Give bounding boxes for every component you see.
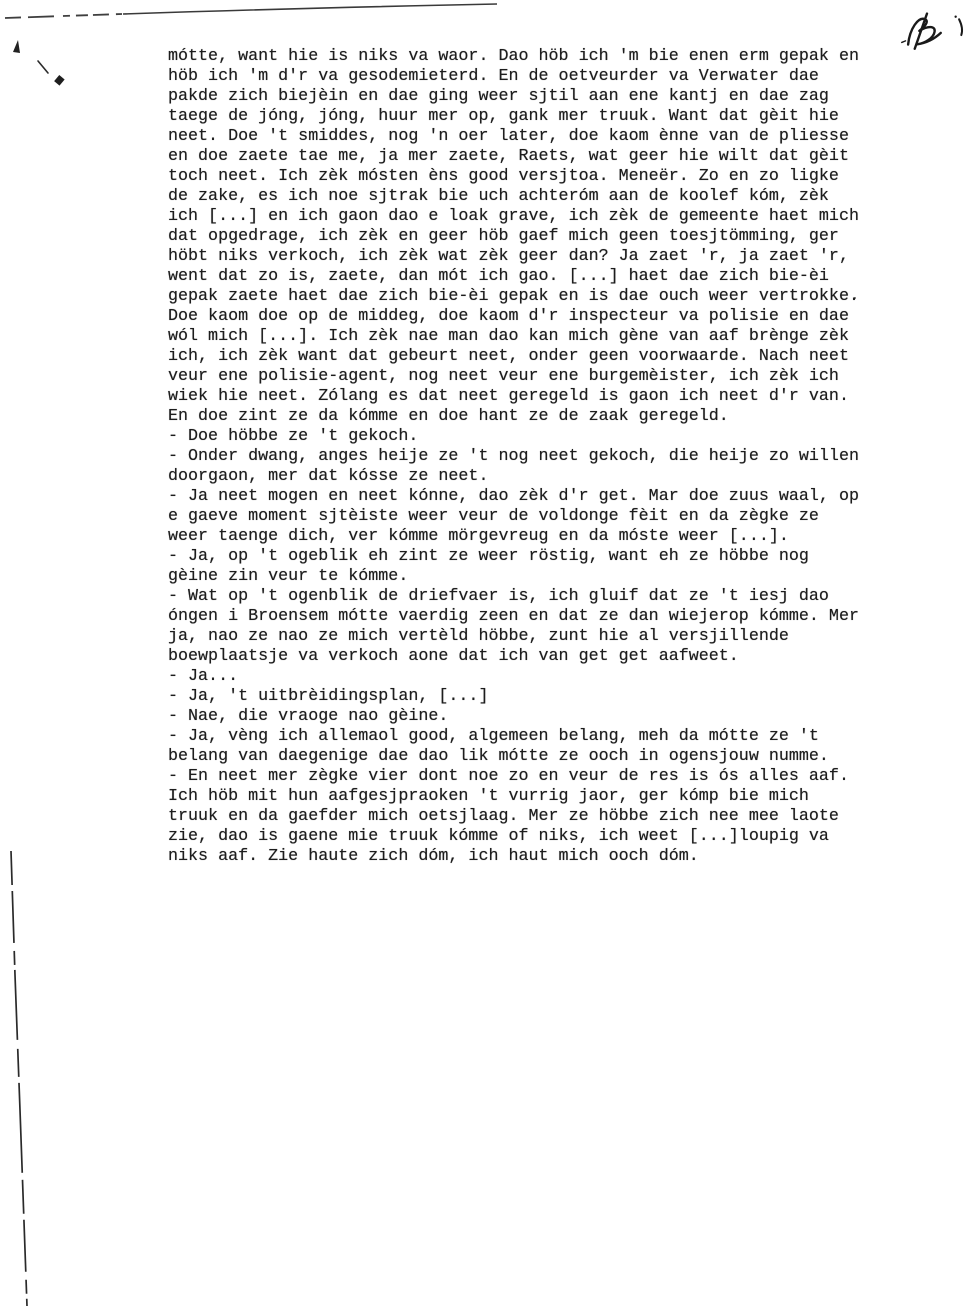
scanned-page: mótte, want hie is niks va waor. Dao höb…: [0, 0, 966, 1309]
ink-speck-stroke: [38, 61, 48, 73]
ink-speck-diamond: [54, 75, 65, 86]
scan-line-top-long: [123, 4, 497, 14]
scan-line-top-dashed: [5, 14, 122, 18]
page-edge-line: [11, 851, 27, 1306]
typewritten-text: mótte, want hie is niks va waor. Dao höb…: [168, 47, 859, 867]
handwritten-mark: [898, 9, 963, 50]
ink-speck-flag: [13, 40, 20, 53]
